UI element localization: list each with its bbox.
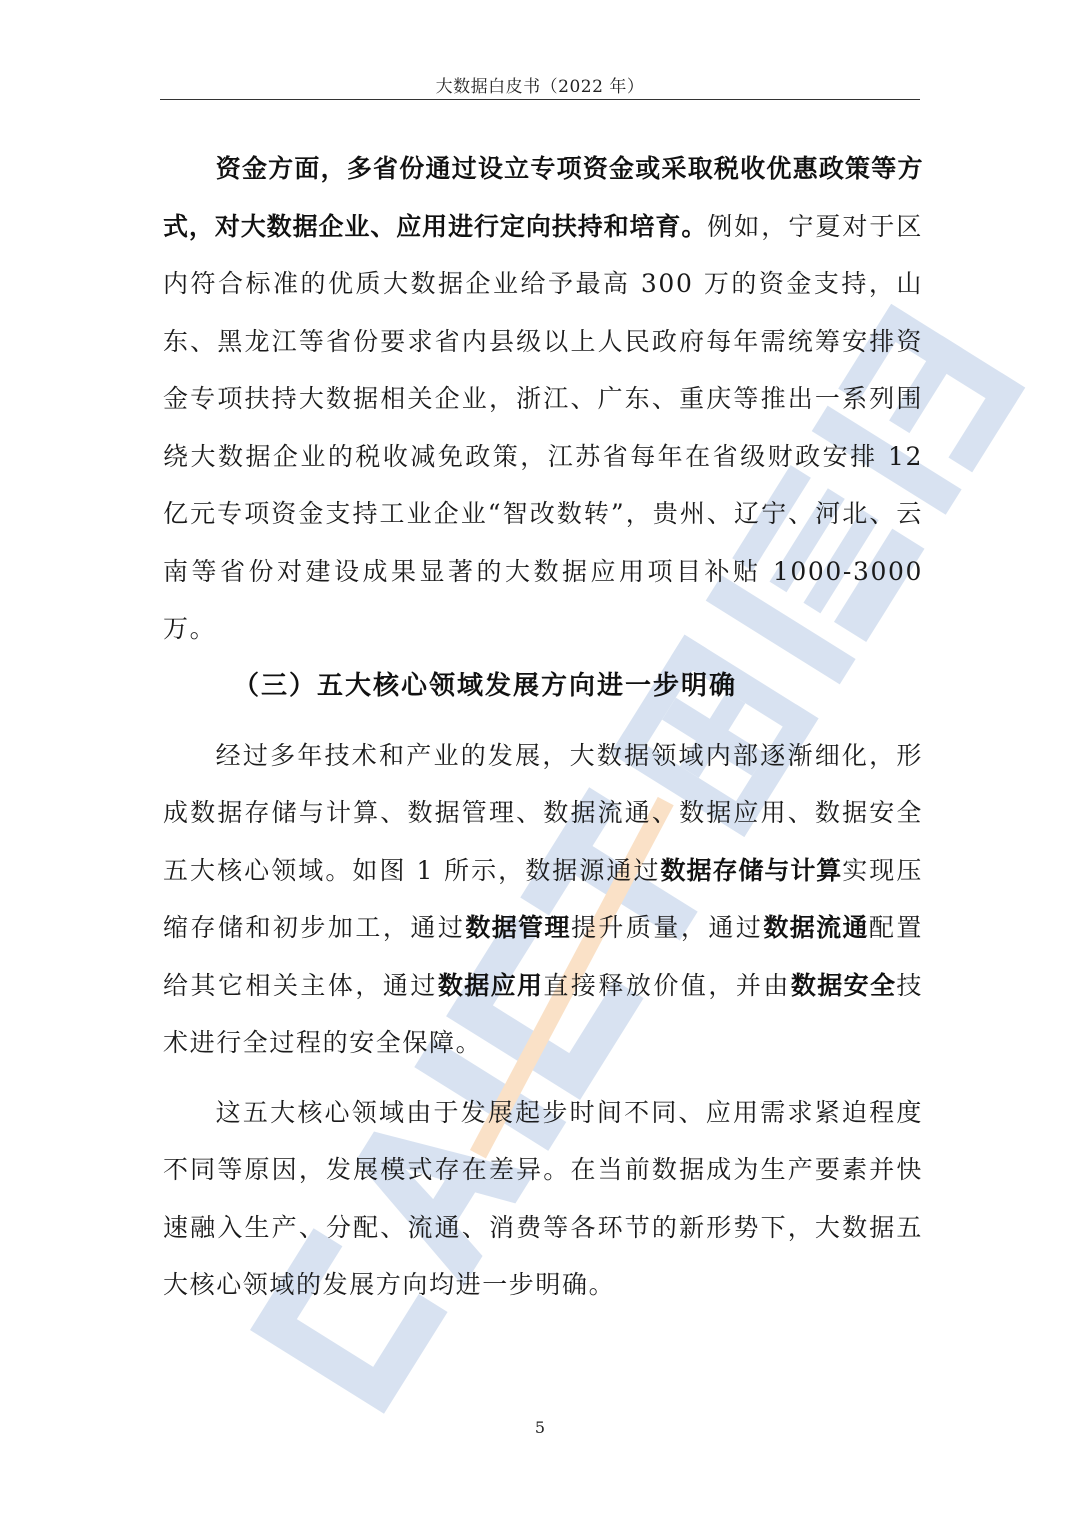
- term-data-management: 数据管理: [465, 913, 571, 942]
- term-storage-compute: 数据存储与计算: [661, 856, 843, 885]
- text-run: 提升质量，通过: [571, 913, 763, 942]
- section-heading: （三）五大核心领域发展方向进一步明确: [163, 658, 923, 715]
- text-run: 这五大核心领域由于发展起步时间不同、应用需求紧迫程度不同等原因，发展模式存在差异…: [163, 1098, 923, 1300]
- page-body: 资金方面，多省份通过设立专项资金或采取税收优惠政策等方式，对大数据企业、应用进行…: [163, 140, 923, 1314]
- term-data-circulation: 数据流通: [763, 913, 869, 942]
- header-divider: [160, 99, 920, 100]
- funding-examples: 例如，宁夏对于区内符合标准的优质大数据企业给予最高 300 万的资金支持，山东、…: [163, 212, 923, 644]
- core-domains-paragraph: 经过多年技术和产业的发展，大数据领域内部逐渐细化，形成数据存储与计算、数据管理、…: [163, 727, 923, 1072]
- running-header: 大数据白皮书（2022 年）: [160, 72, 920, 97]
- funding-paragraph: 资金方面，多省份通过设立专项资金或采取税收优惠政策等方式，对大数据企业、应用进行…: [163, 140, 923, 658]
- term-data-security: 数据安全: [791, 971, 897, 1000]
- term-data-application: 数据应用: [438, 971, 544, 1000]
- development-mode-paragraph: 这五大核心领域由于发展起步时间不同、应用需求紧迫程度不同等原因，发展模式存在差异…: [163, 1084, 923, 1314]
- page-number: 5: [0, 1418, 1080, 1437]
- text-run: 直接释放价值，并由: [543, 971, 790, 1000]
